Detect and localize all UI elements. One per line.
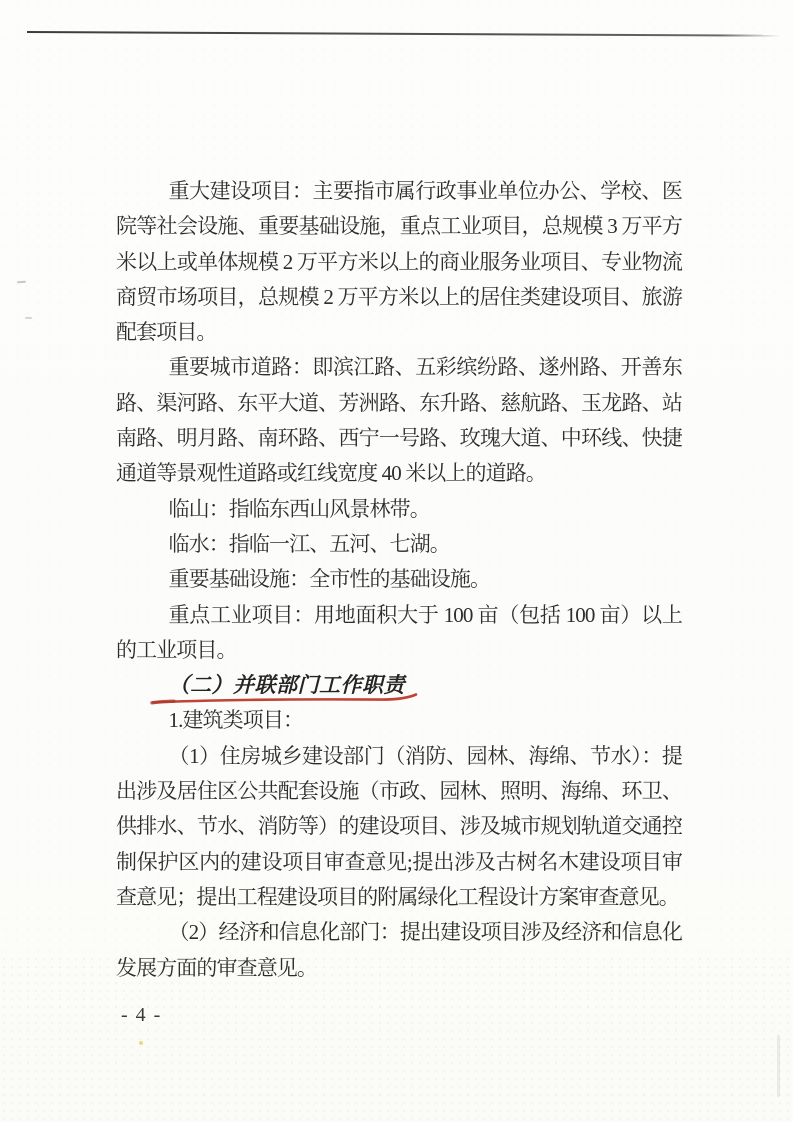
body-paragraph: 1.建筑类项目： [116,703,682,738]
body-paragraph: （1）住房城乡建设部门（消防、园林、海绵、节水）：提出涉及居住区公共配套设施（市… [116,739,682,915]
section-heading: （二）并联部门工作职责 [116,668,682,703]
document-body: 重大建设项目：主要指市属行政事业单位办公、学校、医院等社会设施、重要基础设施，重… [116,174,682,986]
section-heading-text: （二）并联部门工作职责 [169,673,406,697]
scan-streak-artifact [777,1035,780,1097]
body-paragraph: 临水：指临一江、五河、七湖。 [116,527,682,562]
scan-smudge [25,317,32,319]
body-paragraph: 重要城市道路：即滨江路、五彩缤纷路、遂州路、开善东路、渠河路、东平大道、芳洲路、… [116,350,682,491]
body-paragraph: 重要基础设施：全市性的基础设施。 [116,562,682,597]
scan-noise-texture [0,955,793,1122]
body-paragraph: 临山：指临东西山风景林带。 [116,492,682,527]
body-paragraph: 重大建设项目：主要指市属行政事业单位办公、学校、医院等社会设施、重要基础设施，重… [116,174,682,350]
body-paragraph: 重点工业项目：用地面积大于 100 亩（包括 100 亩）以上的工业项目。 [116,598,682,669]
scan-dot-artifact [139,1041,143,1045]
document-page: 重大建设项目：主要指市属行政事业单位办公、学校、医院等社会设施、重要基础设施，重… [0,0,793,1122]
